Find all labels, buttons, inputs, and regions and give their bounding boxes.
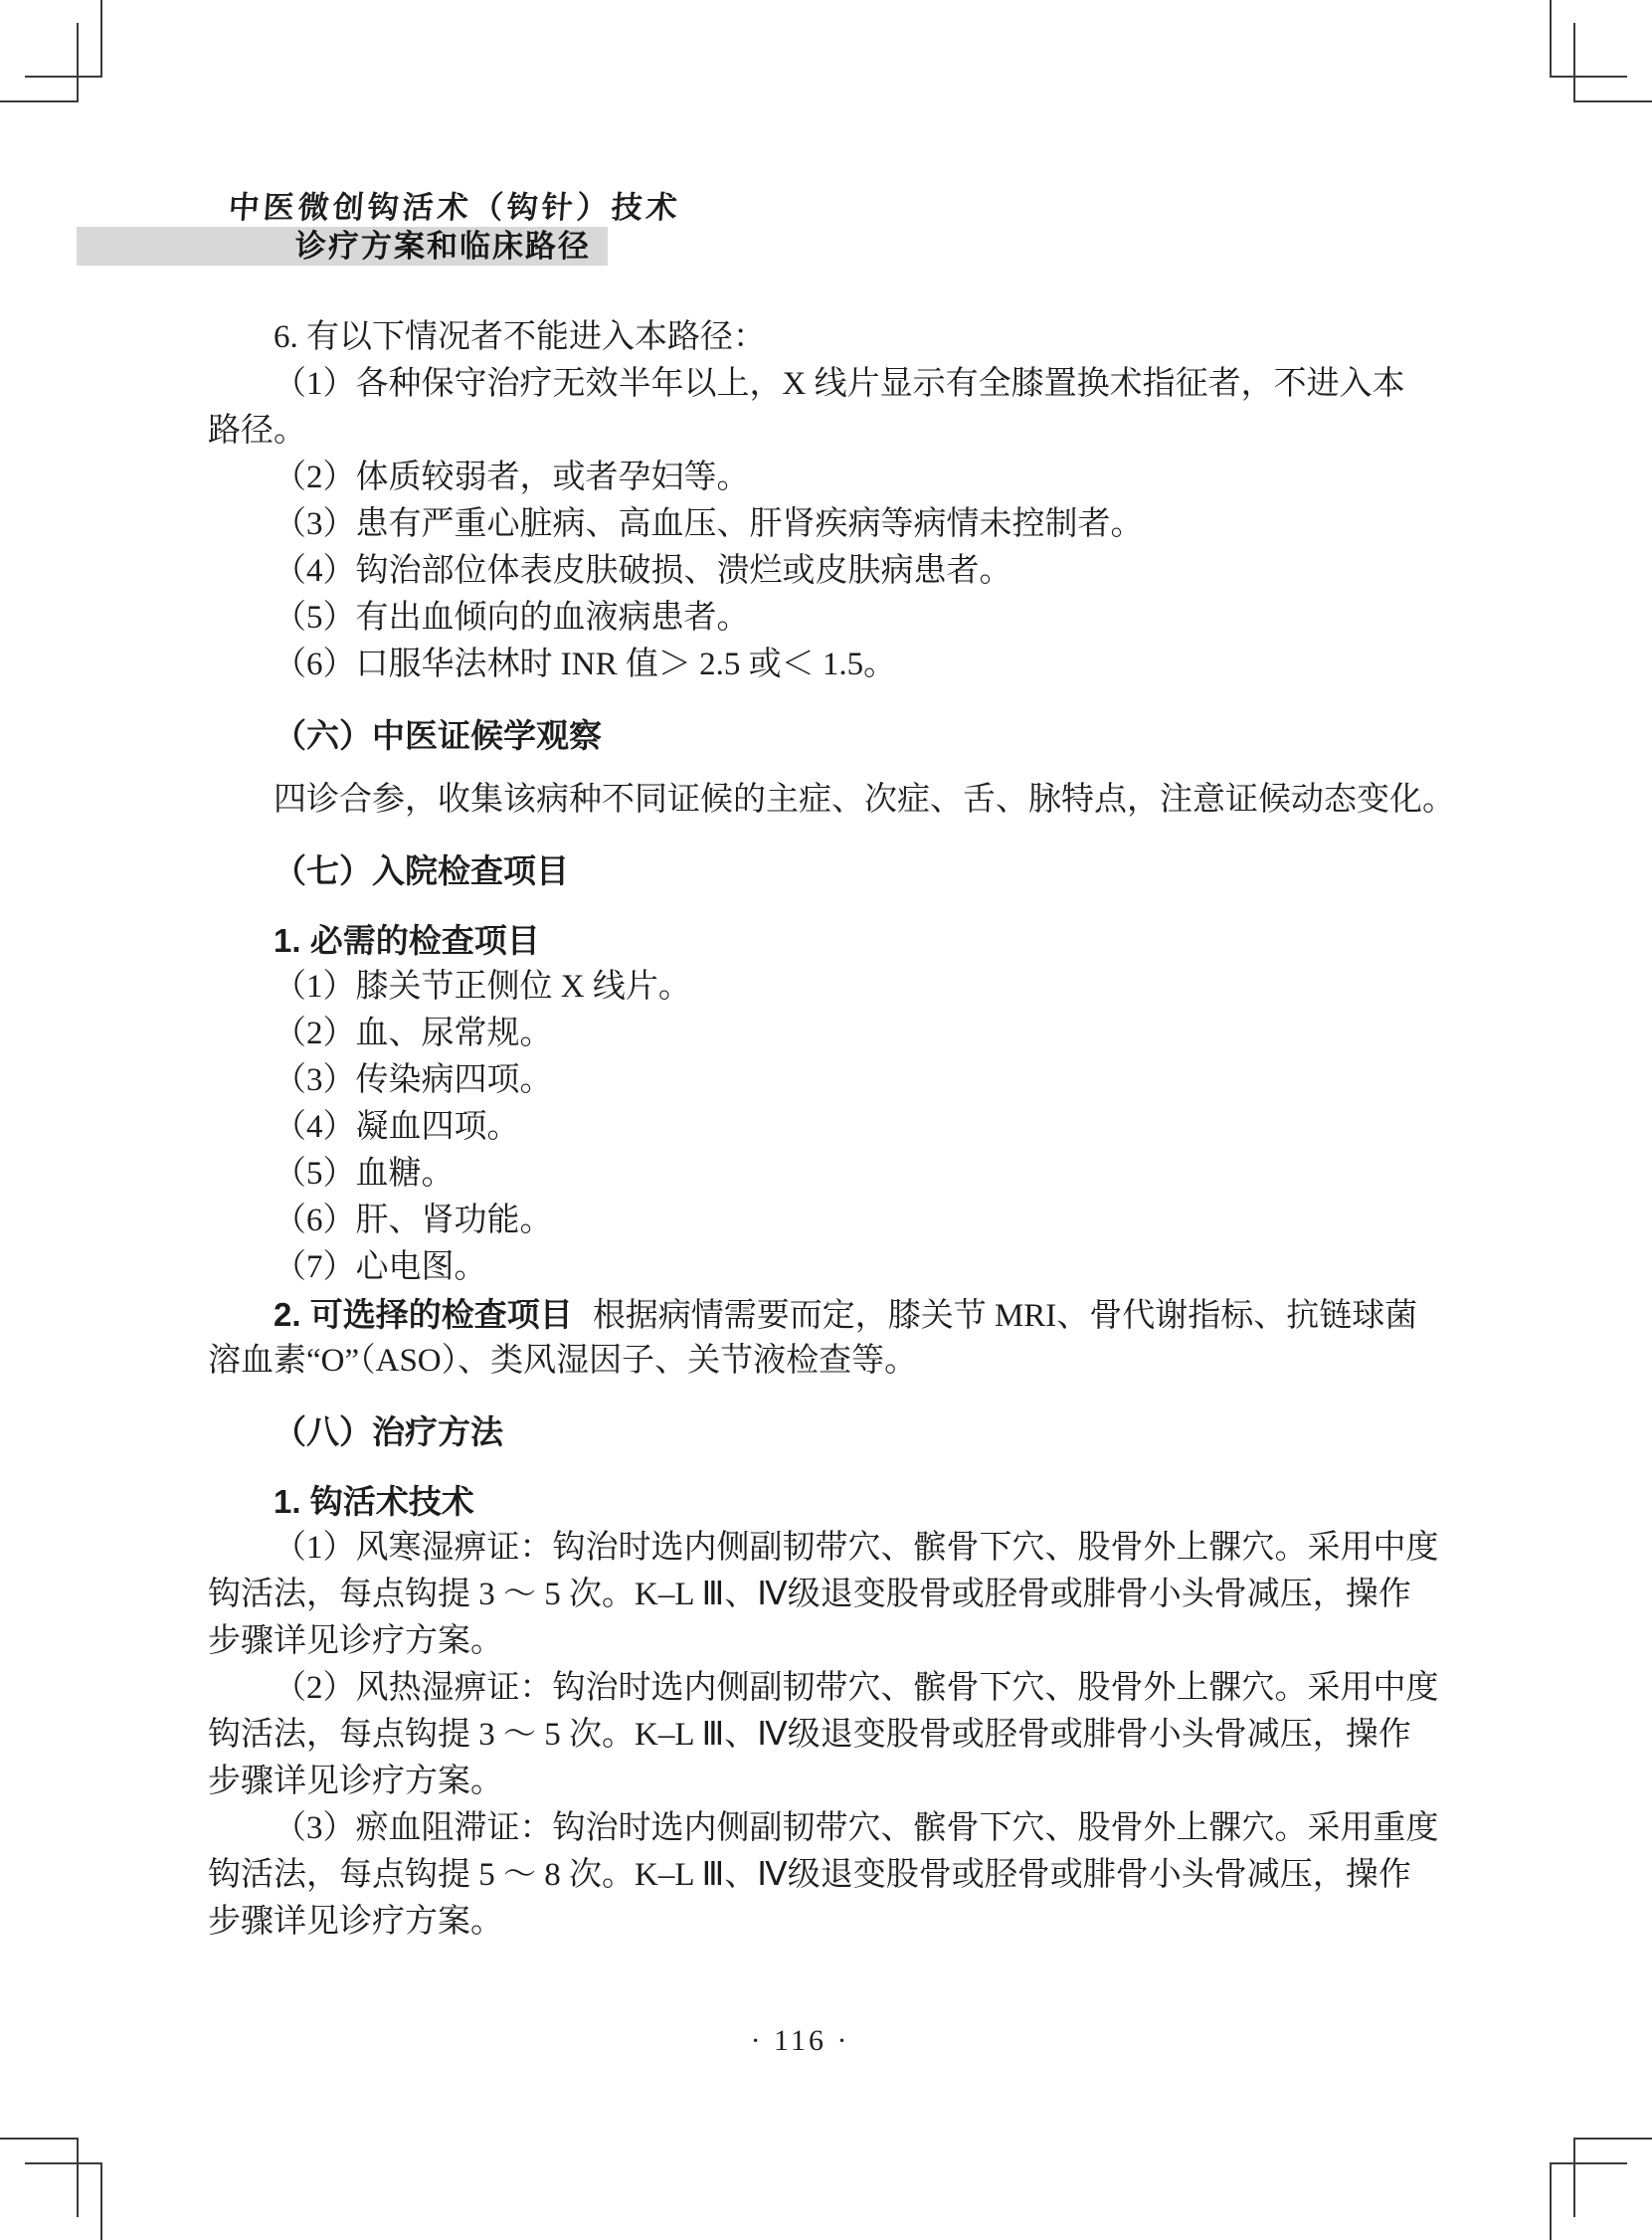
inline-subheading: 2. 可选择的检查项目 — [274, 1296, 573, 1333]
text-line: （1）风寒湿痹证：钩治时选内侧副韧带穴、髌骨下穴、股骨外上髁穴。采用中度 — [208, 1525, 1392, 1572]
text-line: （2）血、尿常规。 — [208, 1011, 1392, 1057]
section-heading: （六）中医证候学观察 — [208, 712, 1392, 759]
text-line: 路径。 — [208, 408, 1392, 455]
book-title: 中医微创钩活术（钩针）技术 — [227, 182, 647, 227]
text-line: （5）有出血倾向的血液病患者。 — [208, 595, 1392, 642]
crop-mark-top-left — [100, 0, 102, 78]
text-line: （5）血糖。 — [208, 1151, 1392, 1198]
section-heading: （七）入院检查项目 — [208, 847, 1392, 894]
crop-mark-bottom-right — [1550, 2162, 1552, 2240]
crop-mark-top-left — [0, 100, 79, 102]
text-line: 钩活法，每点钩提 5 ～ 8 次。K–L Ⅲ、Ⅳ级退变股骨或胫骨或腓骨小头骨减压… — [208, 1852, 1392, 1899]
text-line: （4）凝血四项。 — [208, 1104, 1392, 1151]
crop-mark-top-right — [1550, 76, 1627, 78]
text-line: （6）口服华法林时 INR 值＞ 2.5 或＜ 1.5。 — [208, 642, 1392, 688]
section-heading: 1. 必需的检查项目 — [208, 917, 1392, 964]
crop-mark-bottom-right — [1573, 2138, 1575, 2217]
chapter-banner: 诊疗方案和临床路径 — [77, 227, 608, 266]
text-line: （7）心电图。 — [208, 1244, 1392, 1291]
text-line: 钩活法，每点钩提 3 ～ 5 次。K–L Ⅲ、Ⅳ级退变股骨或胫骨或腓骨小头骨减压… — [208, 1712, 1392, 1759]
crop-mark-top-left — [25, 76, 102, 78]
page-body: 6. 有以下情况者不能进入本路径：（1）各种保守治疗无效半年以上，X 线片显示有… — [208, 314, 1392, 2064]
text-line: （2）风热湿痹证：钩治时选内侧副韧带穴、髌骨下穴、股骨外上髁穴。采用中度 — [208, 1665, 1392, 1712]
crop-mark-bottom-right — [1550, 2162, 1627, 2164]
crop-mark-top-right — [1573, 23, 1575, 102]
section-heading: （八）治疗方法 — [208, 1408, 1392, 1455]
book-page: 中医微创钩活术（钩针）技术 诊疗方案和临床路径 6. 有以下情况者不能进入本路径… — [0, 0, 1652, 2240]
crop-mark-bottom-left — [0, 2138, 79, 2140]
content-lines: 6. 有以下情况者不能进入本路径：（1）各种保守治疗无效半年以上，X 线片显示有… — [208, 314, 1392, 1946]
crop-mark-top-right — [1573, 100, 1652, 102]
text-line: 2. 可选择的检查项目根据病情需要而定，膝关节 MRI、骨代谢指标、抗链球菌 — [208, 1291, 1392, 1338]
text-line: 四诊合参，收集该病种不同证候的主症、次症、舌、脉特点，注意证候动态变化。 — [208, 777, 1392, 824]
text-line: （1）各种保守治疗无效半年以上，X 线片显示有全膝置换术指征者，不进入本 — [208, 361, 1392, 408]
text-line: （3）瘀血阻滞证：钩治时选内侧副韧带穴、髌骨下穴、股骨外上髁穴。采用重度 — [208, 1805, 1392, 1852]
text-line: （1）膝关节正侧位 X 线片。 — [208, 964, 1392, 1011]
section-heading: 1. 钩活术技术 — [208, 1478, 1392, 1525]
crop-mark-bottom-left — [25, 2162, 102, 2164]
crop-mark-bottom-left — [100, 2162, 102, 2240]
crop-mark-bottom-left — [77, 2138, 79, 2217]
text-run: 根据病情需要而定，膝关节 MRI、骨代谢指标、抗链球菌 — [573, 1298, 1418, 1334]
crop-mark-top-left — [77, 23, 79, 102]
text-line: （6）肝、肾功能。 — [208, 1198, 1392, 1244]
text-line: （3）患有严重心脏病、高血压、肝肾疾病等病情未控制者。 — [208, 501, 1392, 548]
text-line: （2）体质较弱者，或者孕妇等。 — [208, 455, 1392, 501]
text-line: （4）钩治部位体表皮肤破损、溃烂或皮肤病患者。 — [208, 548, 1392, 595]
text-line: （3）传染病四项。 — [208, 1057, 1392, 1104]
text-line: 步骤详见诊疗方案。 — [208, 1899, 1392, 1946]
crop-mark-top-right — [1550, 0, 1552, 78]
page-number: · 116 · — [208, 2017, 1392, 2064]
text-line: 钩活法，每点钩提 3 ～ 5 次。K–L Ⅲ、Ⅳ级退变股骨或胫骨或腓骨小头骨减压… — [208, 1572, 1392, 1618]
text-line: 溶血素“O”（ASO）、类风湿因子、关节液检查等。 — [208, 1338, 1392, 1385]
crop-mark-bottom-right — [1573, 2138, 1652, 2140]
text-line: 步骤详见诊疗方案。 — [208, 1759, 1392, 1805]
text-line: 6. 有以下情况者不能进入本路径： — [208, 314, 1392, 361]
text-line: 步骤详见诊疗方案。 — [208, 1618, 1392, 1665]
